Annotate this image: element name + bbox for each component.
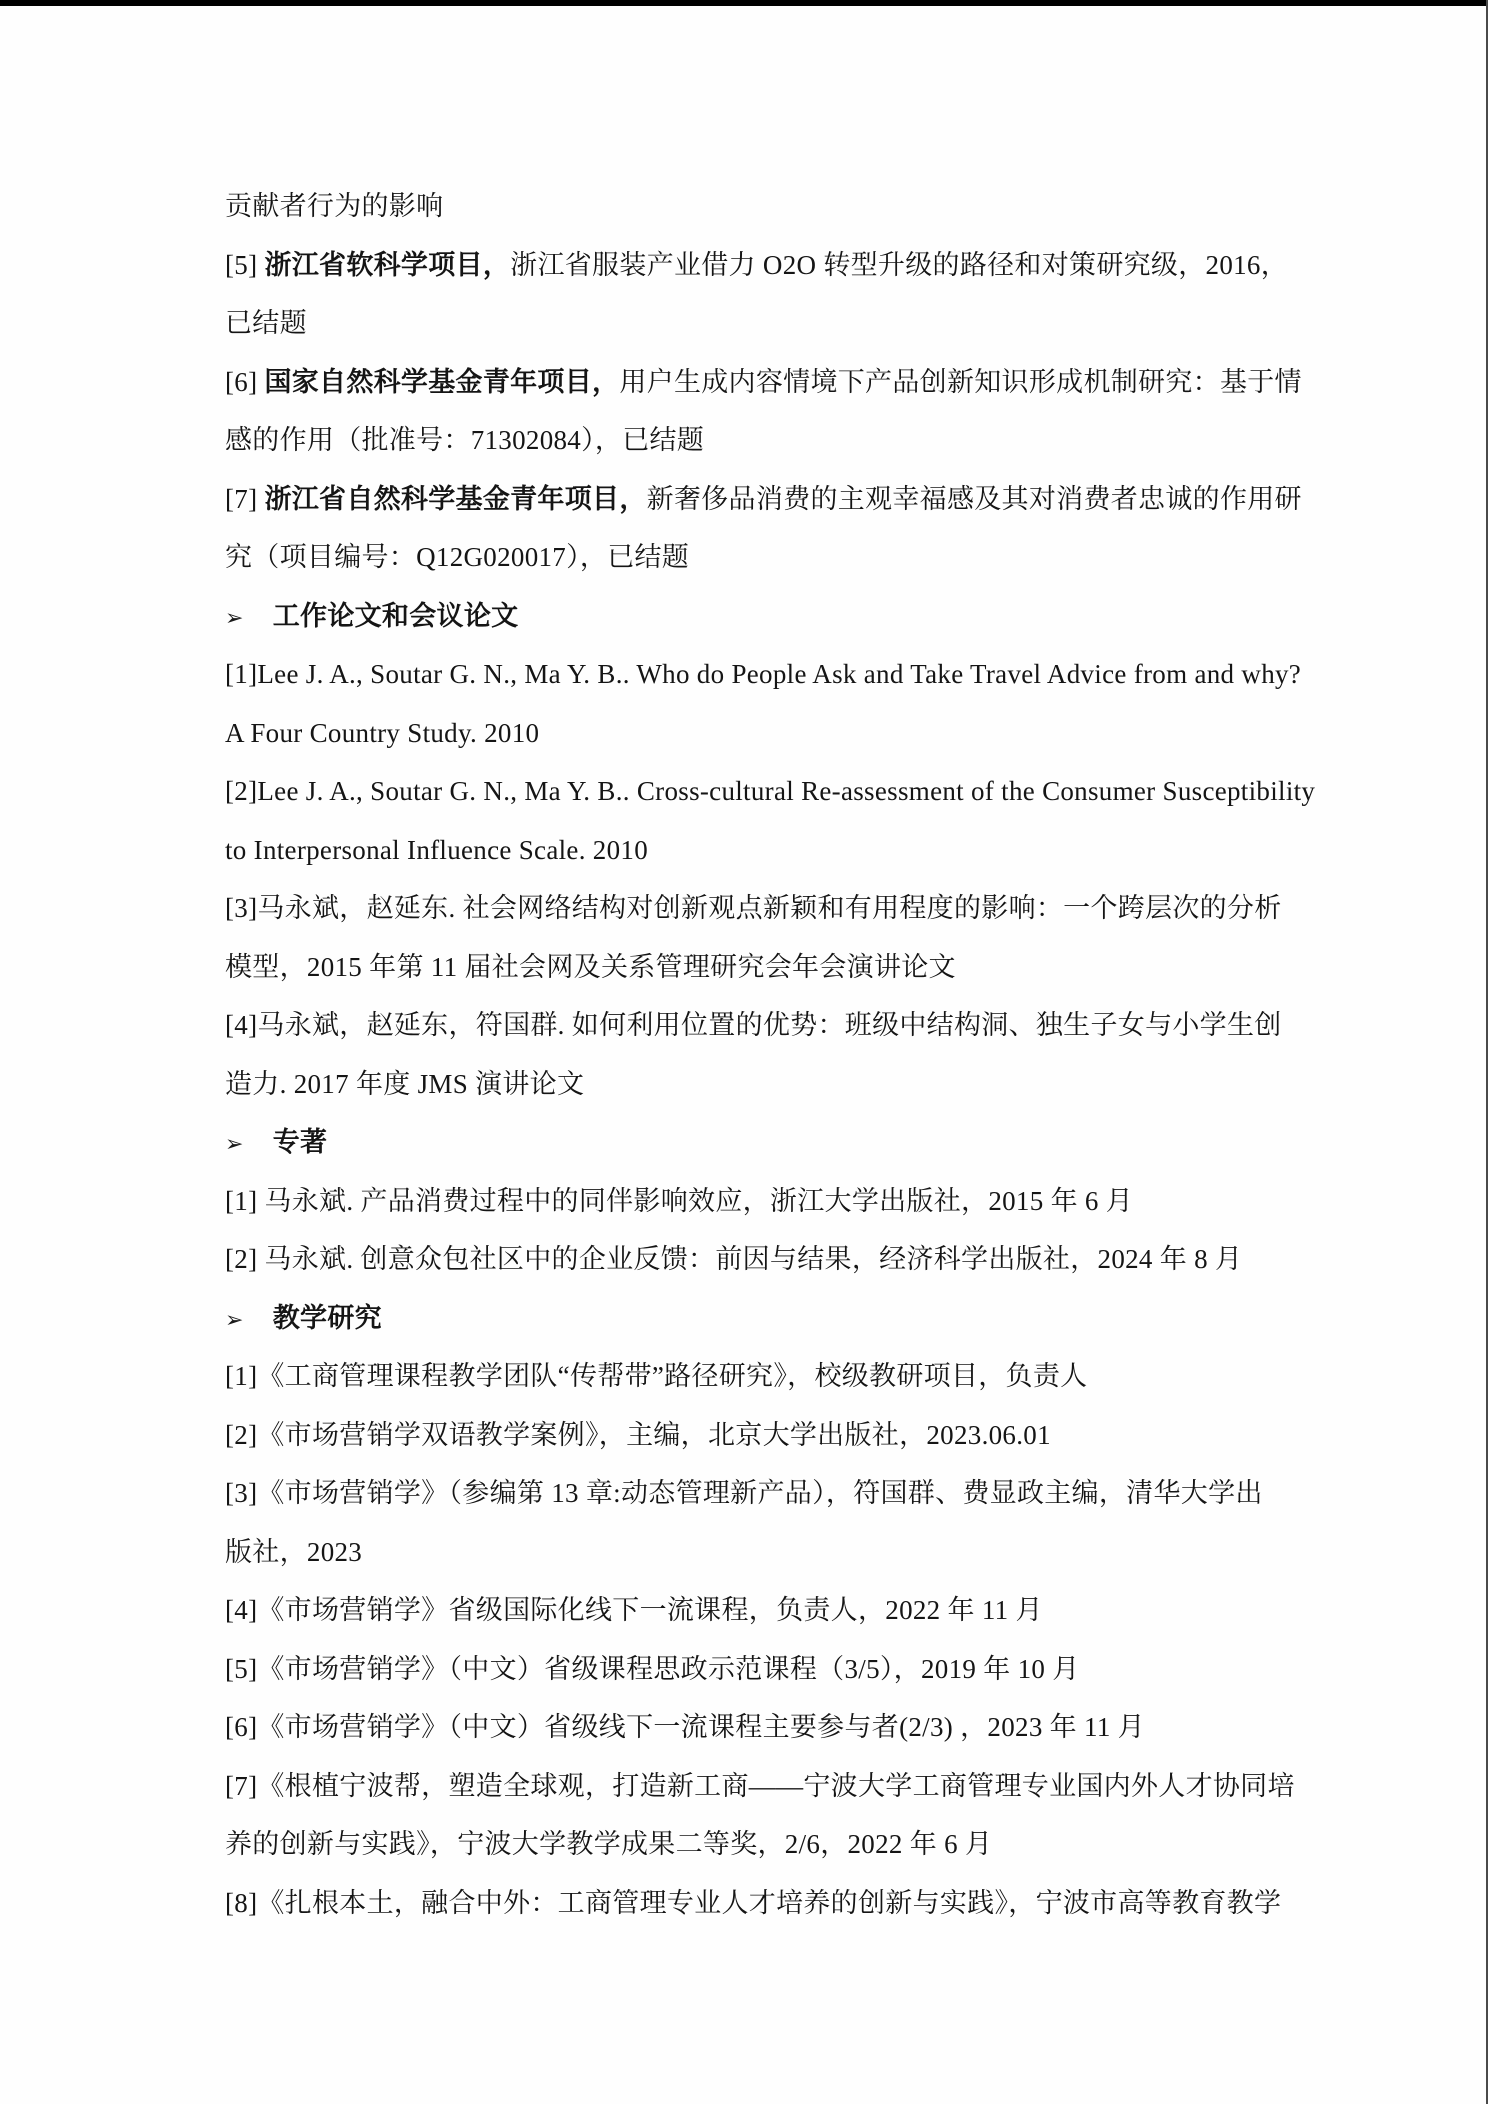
arrow-bullet-icon: ➢	[225, 1308, 244, 1333]
section-heading-monographs: ➢专著	[225, 1113, 1405, 1172]
teaching-entry-3-line-2: 版社，2023	[225, 1523, 1405, 1582]
project-entry-7-line-1: [7] 浙江省自然科学基金青年项目，新奢侈品消费的主观幸福感及其对消费者忠诚的作…	[225, 470, 1405, 529]
working-paper-entry-3-line-2: 模型，2015 年第 11 届社会网及关系管理研究会年会演讲论文	[225, 938, 1405, 997]
teaching-entry-1: [1]《工商管理课程教学团队“传帮带”路径研究》，校级教研项目，负责人	[225, 1347, 1405, 1406]
working-paper-entry-2-line-1: [2]Lee J. A., Soutar G. N., Ma Y. B.. Cr…	[225, 762, 1405, 821]
document-page: 贡献者行为的影响 [5] 浙江省软科学项目，浙江省服装产业借力 O2O 转型升级…	[0, 0, 1488, 2104]
top-edge-bar	[0, 0, 1488, 6]
teaching-entry-7-line-2: 养的创新与实践》，宁波大学教学成果二等奖，2/6，2022 年 6 月	[225, 1815, 1405, 1874]
working-paper-entry-3-line-1: [3]马永斌，赵延东. 社会网络结构对创新观点新颖和有用程度的影响：一个跨层次的…	[225, 879, 1405, 938]
section-heading-text: 工作论文和会议论文	[273, 601, 519, 631]
entry-index: [5]	[225, 250, 264, 280]
working-paper-entry-2-line-2: to Interpersonal Influence Scale. 2010	[225, 821, 1405, 880]
section-heading-working-papers: ➢工作论文和会议论文	[225, 587, 1405, 646]
continuation-line: 贡献者行为的影响	[225, 177, 1405, 236]
working-paper-entry-1-line-2: A Four Country Study. 2010	[225, 704, 1405, 763]
arrow-bullet-icon: ➢	[225, 606, 244, 631]
entry-text: 新奢侈品消费的主观幸福感及其对消费者忠诚的作用研	[647, 484, 1302, 514]
entry-index: [7]	[225, 484, 264, 514]
project-entry-5-line-1: [5] 浙江省软科学项目，浙江省服装产业借力 O2O 转型升级的路径和对策研究级…	[225, 236, 1405, 295]
working-paper-entry-1-line-1: [1]Lee J. A., Soutar G. N., Ma Y. B.. Wh…	[225, 645, 1405, 704]
teaching-entry-6: [6]《市场营销学》（中文）省级线下一流课程主要参与者(2/3) ，2023 年…	[225, 1698, 1405, 1757]
entry-index: [6]	[225, 367, 264, 397]
section-heading-text: 教学研究	[273, 1303, 382, 1333]
teaching-entry-3-line-1: [3]《市场营销学》（参编第 13 章:动态管理新产品），符国群、费显政主编，清…	[225, 1464, 1405, 1523]
working-paper-entry-4-line-1: [4]马永斌，赵延东，符国群. 如何利用位置的优势：班级中结构洞、独生子女与小学…	[225, 996, 1405, 1055]
project-entry-6-line-1: [6] 国家自然科学基金青年项目，用户生成内容情境下产品创新知识形成机制研究：基…	[225, 353, 1405, 412]
project-entry-6-line-2: 感的作用（批准号：71302084），已结题	[225, 411, 1405, 470]
entry-text: 浙江省服装产业借力 O2O 转型升级的路径和对策研究级，2016，	[510, 250, 1288, 280]
teaching-entry-5: [5]《市场营销学》（中文）省级课程思政示范课程（3/5），2019 年 10 …	[225, 1640, 1405, 1699]
document-content: 贡献者行为的影响 [5] 浙江省软科学项目，浙江省服装产业借力 O2O 转型升级…	[225, 177, 1405, 1932]
project-name: 浙江省自然科学基金青年项目，	[264, 484, 646, 514]
project-name: 浙江省软科学项目，	[264, 250, 510, 280]
entry-text: 用户生成内容情境下产品创新知识形成机制研究：基于情	[619, 367, 1302, 397]
teaching-entry-7-line-1: [7]《根植宁波帮，塑造全球观，打造新工商——宁波大学工商管理专业国内外人才协同…	[225, 1757, 1405, 1816]
working-paper-entry-4-line-2: 造力. 2017 年度 JMS 演讲论文	[225, 1055, 1405, 1114]
section-heading-teaching-research: ➢教学研究	[225, 1289, 1405, 1348]
monograph-entry-1: [1] 马永斌. 产品消费过程中的同伴影响效应，浙江大学出版社，2015 年 6…	[225, 1172, 1405, 1231]
monograph-entry-2: [2] 马永斌. 创意众包社区中的企业反馈：前因与结果，经济科学出版社，2024…	[225, 1230, 1405, 1289]
project-entry-7-line-2: 究（项目编号：Q12G020017），已结题	[225, 528, 1405, 587]
teaching-entry-8-line-1: [8]《扎根本土，融合中外：工商管理专业人才培养的创新与实践》，宁波市高等教育教…	[225, 1874, 1405, 1933]
arrow-bullet-icon: ➢	[225, 1132, 244, 1157]
project-name: 国家自然科学基金青年项目，	[264, 367, 619, 397]
teaching-entry-2: [2]《市场营销学双语教学案例》，主编，北京大学出版社，2023.06.01	[225, 1406, 1405, 1465]
section-heading-text: 专著	[273, 1127, 328, 1157]
project-entry-5-line-2: 已结题	[225, 294, 1405, 353]
teaching-entry-4: [4]《市场营销学》省级国际化线下一流课程，负责人，2022 年 11 月	[225, 1581, 1405, 1640]
